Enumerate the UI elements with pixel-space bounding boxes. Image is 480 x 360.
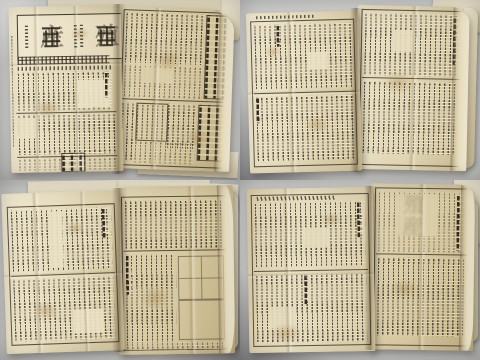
newspaper-inner-page-right: 殖産	[369, 183, 475, 350]
headline-column	[126, 255, 133, 295]
masthead-character: 産	[40, 23, 62, 51]
photo-top-left: 産 殖	[0, 0, 240, 180]
text-columns	[125, 199, 222, 248]
age-stain	[383, 273, 423, 304]
headline-column	[102, 207, 109, 237]
page-curl	[217, 185, 235, 353]
text-columns	[127, 341, 223, 350]
photo-collage: 産 殖	[0, 0, 480, 360]
headline-column	[304, 274, 311, 304]
newspaper-inner-page-left	[1, 190, 125, 354]
masthead-character: 殖	[95, 22, 117, 50]
headline-column	[105, 71, 111, 97]
notice-box	[61, 153, 85, 172]
blank-space	[305, 228, 329, 248]
masthead-small-text	[25, 26, 28, 50]
headline-column	[256, 97, 262, 123]
headline-column	[357, 201, 364, 237]
photo-bottom-left	[0, 180, 240, 360]
newspaper-inner-page-right	[117, 185, 235, 355]
newspaper-inner-page-left	[247, 187, 376, 353]
newspaper-ads-page	[115, 6, 235, 172]
photo-bottom-right: 殖産	[240, 180, 480, 360]
page-curl	[450, 7, 469, 171]
page-curl	[459, 185, 475, 351]
newspaper-inner-page-right	[354, 5, 469, 171]
newspaper-inner-page-left	[246, 11, 362, 174]
margin-column	[11, 35, 17, 147]
blank-space	[307, 51, 327, 70]
photo-top-right	[240, 0, 480, 180]
blank-space	[50, 211, 64, 267]
newspaper-front-page: 産 殖	[9, 5, 124, 173]
